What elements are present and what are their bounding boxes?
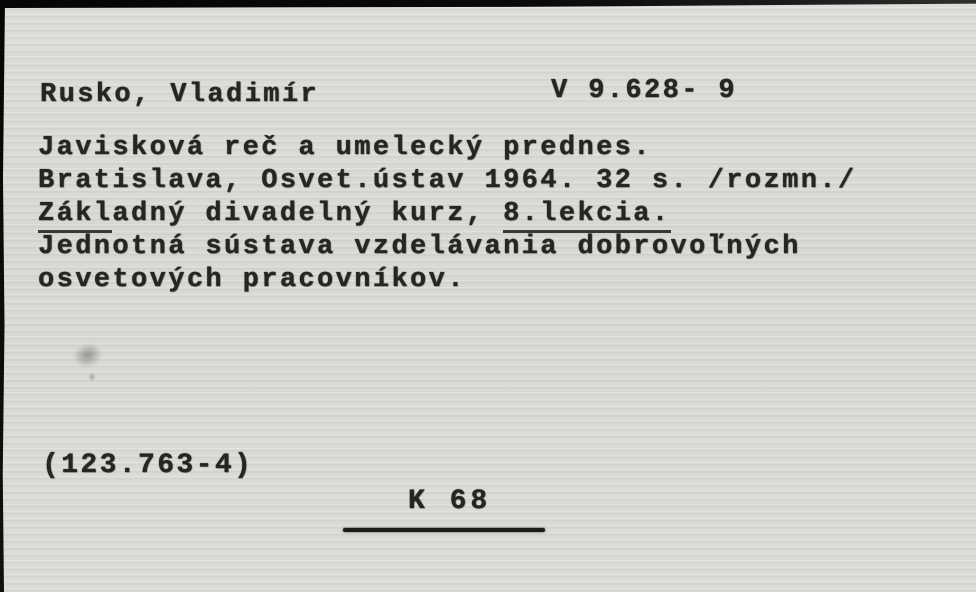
series-line: Základný divadelný kurz, 8.lekcia. bbox=[38, 199, 671, 229]
shelf-mark: K 68 bbox=[408, 486, 491, 517]
scan-edge-left bbox=[0, 0, 5, 592]
note-line-1: Jednotná sústava vzdelávania dobrovoľnýc… bbox=[38, 232, 801, 262]
author-heading: Rusko, Vladimír bbox=[40, 80, 319, 110]
call-number: V 9.628- 9 bbox=[551, 76, 737, 106]
scan-edge-top bbox=[0, 0, 976, 8]
series-middle: adný divadelný kurz, bbox=[112, 199, 503, 229]
catalog-card-scan: { "card": { "author": "Rusko, Vladimír",… bbox=[0, 0, 976, 592]
classification-number: (123.763-4) bbox=[42, 450, 253, 481]
series-underlined-end: 8.lekcia. bbox=[503, 199, 670, 233]
imprint-line: Bratislava, Osvet.ústav 1964. 32 s. /roz… bbox=[38, 166, 857, 196]
shelf-mark-underline bbox=[343, 528, 545, 532]
note-line-2: osvetových pracovníkov. bbox=[38, 265, 466, 295]
ink-smudge-dot bbox=[88, 372, 96, 382]
ink-smudge bbox=[57, 331, 115, 386]
series-underlined-start: Zákl bbox=[38, 199, 112, 233]
title-line: Javisková reč a umelecký prednes. bbox=[38, 133, 652, 163]
